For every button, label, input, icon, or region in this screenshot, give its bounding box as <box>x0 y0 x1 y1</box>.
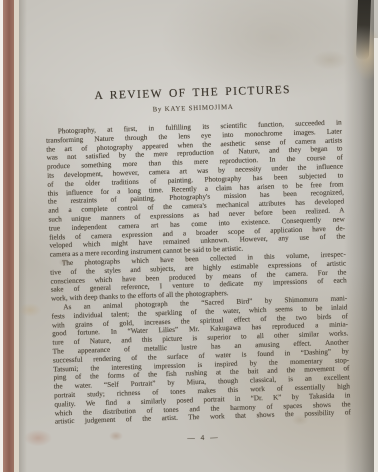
page-content: A REVIEW OF THE PICTURES By KAYE SHIMOJI… <box>44 79 351 446</box>
paragraph: As an animal photograph the “Sacred Bird… <box>51 294 351 426</box>
scan-corner-mark <box>356 0 371 60</box>
byline: By KAYE SHIMOJIMA <box>45 100 341 116</box>
scan-right-edge <box>374 38 378 472</box>
page-number: — 4 — <box>55 428 351 446</box>
gutter-shadow <box>19 0 27 472</box>
page-title: A REVIEW OF THE PICTURES <box>44 79 340 103</box>
paragraph: Photography, at first, in fulfilling its… <box>46 118 346 259</box>
body-text: Photography, at first, in fulfilling its… <box>46 118 351 426</box>
book-page-scan: A REVIEW OF THE PICTURES By KAYE SHIMOJI… <box>0 0 378 472</box>
book-binding-edge <box>3 0 14 472</box>
